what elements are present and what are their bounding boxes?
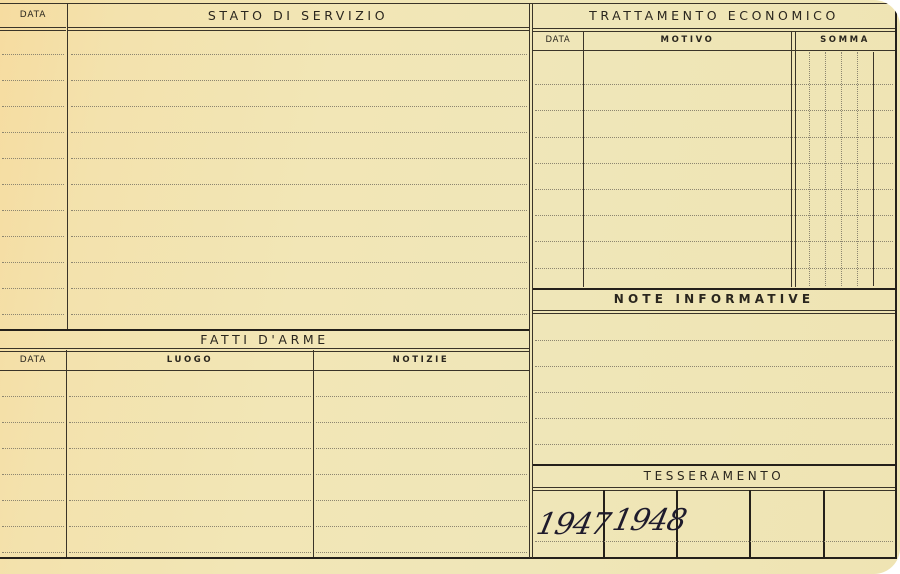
fatti-luogo-divider xyxy=(313,350,314,557)
tesseramento-top-rule xyxy=(533,464,895,466)
note-title-rule xyxy=(533,310,895,311)
trattamento-data-header: DATA xyxy=(533,35,583,45)
trattamento-title-rule-2 xyxy=(533,31,895,32)
fatti-title-rule-2 xyxy=(0,351,529,352)
fatti-data-divider xyxy=(66,350,67,557)
trattamento-data-divider xyxy=(583,31,584,287)
note-top-rule xyxy=(533,288,895,290)
stato-header-rule-3 xyxy=(68,27,529,28)
trattamento-somma-divider xyxy=(791,31,792,287)
trattamento-somma-divider-2 xyxy=(795,31,796,287)
tesseramento-section: TESSERAMENTO 1947 1948 xyxy=(533,463,896,559)
service-record-card: DATA STATO DI SERVIZIO FATTI D'ARME DATA… xyxy=(0,0,900,574)
fatti-d-arme-title: FATTI D'ARME xyxy=(0,332,529,347)
trattamento-motivo-header: MOTIVO xyxy=(584,35,791,45)
stato-header-rule-4 xyxy=(68,30,529,31)
stato-di-servizio-title: STATO DI SERVIZIO xyxy=(68,8,528,23)
stato-data-header: DATA xyxy=(0,10,66,20)
fatti-data-header: DATA xyxy=(0,355,66,365)
fatti-top-rule xyxy=(0,329,529,331)
trattamento-economico-section: TRATTAMENTO ECONOMICO DATA MOTIVO SOMMA xyxy=(533,0,896,290)
fatti-notizie-header: NOTIZIE xyxy=(314,355,528,365)
tesseramento-title-rule-2 xyxy=(533,490,895,491)
stato-di-servizio-section: DATA STATO DI SERVIZIO xyxy=(0,0,530,330)
somma-digit-guide xyxy=(857,52,858,286)
fatti-luogo-header: LUOGO xyxy=(68,355,312,365)
trattamento-somma-header: SOMMA xyxy=(795,35,895,45)
fatti-d-arme-section: FATTI D'ARME DATA LUOGO NOTIZIE xyxy=(0,328,530,558)
note-informative-title: NOTE INFORMATIVE xyxy=(533,292,895,306)
stato-header-rule-2 xyxy=(0,30,66,31)
tesseramento-title-rule xyxy=(533,487,895,488)
fatti-columns-rule xyxy=(0,370,529,371)
stato-data-column-divider xyxy=(67,3,68,329)
note-informative-section: NOTE INFORMATIVE xyxy=(533,287,896,467)
trattamento-columns-rule xyxy=(533,50,895,51)
somma-digit-guide xyxy=(841,52,842,286)
somma-digit-guide xyxy=(825,52,826,286)
tesseramento-year-1947: 1947 xyxy=(533,507,604,542)
fatti-title-rule xyxy=(0,348,529,349)
somma-cents-divider xyxy=(873,52,874,286)
trattamento-title-rule xyxy=(533,28,895,29)
tesseramento-cell-divider xyxy=(749,490,751,557)
tesseramento-title: TESSERAMENTO xyxy=(533,469,895,483)
note-title-rule-2 xyxy=(533,313,895,314)
tesseramento-cell-divider xyxy=(823,490,825,557)
stato-header-rule xyxy=(0,27,66,28)
tesseramento-year-1948: 1948 xyxy=(609,503,680,538)
somma-digit-guide xyxy=(809,52,810,286)
trattamento-economico-title: TRATTAMENTO ECONOMICO xyxy=(533,8,895,23)
